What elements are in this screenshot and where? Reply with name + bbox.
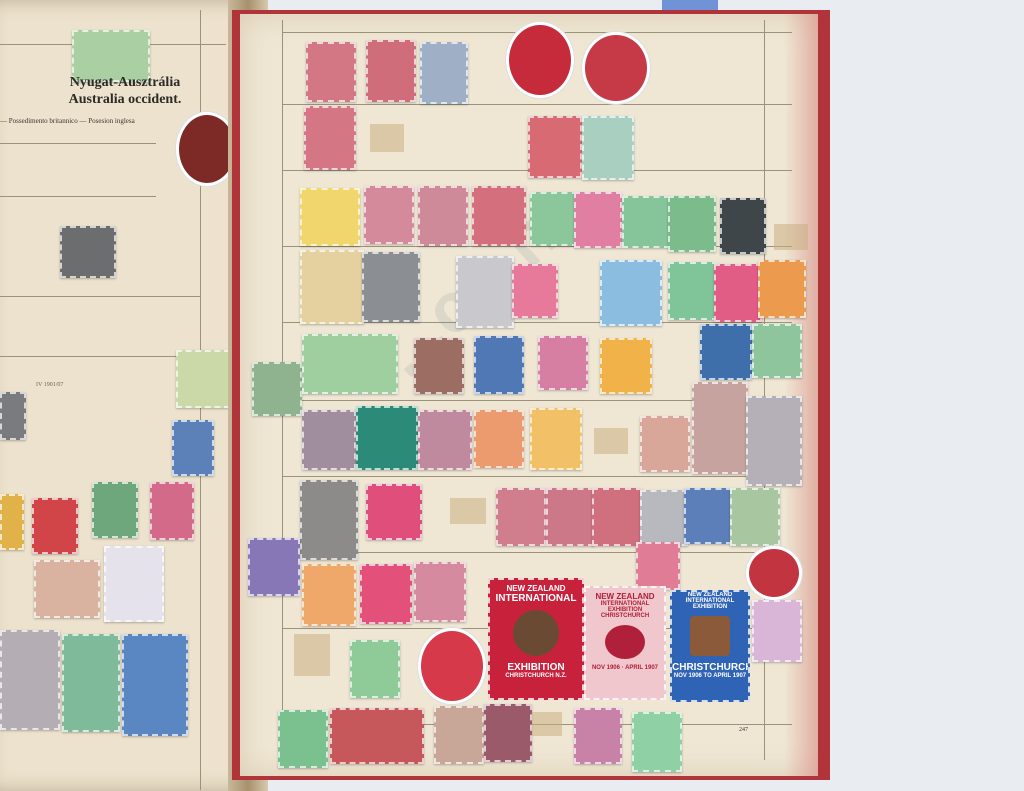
stamp-line3: CHRISTCHURCH (672, 662, 748, 673)
stamp-three-pence-grey (362, 252, 420, 322)
portrait (513, 610, 559, 656)
stamp-line4: CHRISTCHURCH N.Z. (490, 673, 582, 679)
title-line-2: Australia occident. (30, 91, 220, 108)
hinge (450, 498, 486, 524)
stamp-maroon (484, 704, 532, 762)
stamp-red-5 (496, 488, 546, 546)
stamp-brown-five-pence (414, 338, 464, 394)
stamp-line1: NEW ZEALAND (490, 584, 582, 593)
stamp-red-postmarked (472, 186, 526, 246)
stamp-envelope-cut-3 (746, 546, 802, 600)
stamp-one-penny-blue (122, 634, 188, 736)
stamp-red (32, 498, 78, 554)
stamp-kangaroo-red (366, 40, 416, 102)
stamp-mountain-green (252, 362, 302, 416)
grid-line (282, 104, 792, 105)
stamp-pink-bottom (574, 708, 622, 764)
stamp-grey (0, 392, 26, 440)
stamp-official-red (592, 488, 642, 546)
section-label: IV 1901/07 (36, 382, 63, 388)
stamp-swan-one-penny (300, 188, 360, 246)
stamp-victoria-mauve (302, 410, 356, 470)
page-title: Nyugat-Ausztrália Australia occident. (30, 74, 220, 108)
stamp-blue-3 (700, 324, 752, 380)
stamp-one-penny-mauve (746, 396, 802, 486)
stamp-manuscript-cancel (300, 250, 364, 324)
stamp-pink (150, 482, 194, 540)
stamp-line2: INTERNATIONAL EXHIBITION (672, 598, 748, 610)
page-number: 247 (739, 727, 748, 733)
stamp-one-penny-grey (0, 630, 60, 730)
grid-line (0, 196, 156, 197)
hinge (532, 712, 562, 736)
stamp-blue-2 (474, 336, 524, 394)
grid-line (282, 476, 792, 477)
stamp-blue-portrait (600, 260, 662, 326)
stamp-kgv-carmine (714, 264, 762, 322)
stamp-pale-brown (640, 416, 690, 472)
stamp-envelope-cut-three-halfpence (506, 22, 574, 98)
stamp-official-brown (434, 706, 484, 764)
stamp-blue-4 (684, 488, 732, 544)
stamp-carmine-2 (360, 564, 412, 624)
stamp-green-red-value (668, 196, 716, 252)
kiwi-bird (605, 625, 645, 659)
hinge (294, 634, 330, 676)
stamp-two-penny-green (62, 634, 120, 732)
stamp-pink-4 (538, 336, 588, 390)
stamp-kangaroo-blue (420, 42, 468, 104)
stamp-kangaroo-green (582, 116, 634, 180)
stamp-exhibition-2d: NEW ZEALAND INTERNATIONAL EXHIBITION CHR… (670, 590, 750, 702)
stamp-lilac (752, 600, 802, 662)
stamp-envelope-cut-one-penny (418, 628, 486, 704)
stamp-envelope-cut-red-2 (582, 32, 650, 104)
stamp-official-orange (302, 564, 356, 626)
stamp-green-4 (752, 324, 802, 378)
hinge (774, 224, 808, 250)
stamp-line1: NEW ZEALAND (586, 592, 664, 601)
stamp-pink-postmarked (364, 186, 414, 244)
stamp-samoa-pink (574, 192, 622, 248)
hinge (370, 124, 404, 152)
stamp-newspaper-one-penny (104, 546, 164, 622)
title-line-1: Nyugat-Ausztrália (30, 74, 220, 91)
grid-line (0, 356, 200, 357)
stamp-red-6 (546, 488, 594, 546)
stamp-dates: NOV 1906 TO APRIL 1907 (672, 673, 748, 679)
stamp-five-cent-green (302, 334, 398, 394)
stamp-green-postmarked (668, 262, 718, 320)
stamp-railway-halfpenny (456, 256, 514, 328)
stamp-blue (172, 420, 214, 476)
stamp-kangaroo-red-2 (304, 106, 356, 170)
stamp-mauve-postmarked (418, 410, 472, 470)
stamp-line2: INTERNATIONAL (490, 593, 582, 604)
stamp-pink-3 (512, 264, 558, 318)
stamp-green-portrait (176, 350, 230, 408)
portrait (690, 616, 730, 656)
stamp-yellow-orange (600, 338, 652, 394)
stamp-five-pence-grey (300, 480, 358, 560)
stamp-kgv-red (528, 116, 582, 178)
stamp-orange (474, 410, 524, 468)
grid-line (0, 143, 156, 144)
stamp-pink-2 (418, 186, 468, 246)
stamp-dates: NOV 1906 · APRIL 1907 (586, 665, 664, 671)
stamp-kgv-black (720, 198, 766, 254)
stamp-pink-6 (636, 542, 680, 590)
stamp-green-3 (622, 196, 670, 248)
stamp-victoria-teal (356, 406, 418, 470)
stamp-line2: INTERNATIONAL EXHIBITION CHRISTCHURCH (586, 601, 664, 619)
grid-line (0, 296, 200, 297)
stamp-yellow (0, 494, 24, 550)
stamp-samoa-green (530, 192, 578, 246)
stamp-red-landscape (330, 708, 424, 764)
stamp-green-red (92, 482, 138, 538)
stamp-green-one-penny (350, 640, 400, 698)
stamp-exhibition-4d: NEW ZEALAND INTERNATIONAL EXHIBITION CHR… (488, 578, 584, 700)
stamp-grey-postmarked (640, 490, 688, 546)
stamp-official-green (730, 488, 780, 546)
hinge (594, 428, 628, 454)
stamp-black-swan (60, 226, 116, 278)
stamp-exhibition-kiwi: NEW ZEALAND INTERNATIONAL EXHIBITION CHR… (584, 586, 666, 700)
stamp-war-stamp (632, 712, 682, 772)
stamp-carmine (366, 484, 422, 540)
stamp-line3: EXHIBITION (490, 662, 582, 673)
stamp-kangaroo-pink (306, 42, 356, 102)
stamp-purple (248, 538, 300, 596)
left-album-page: Nyugat-Ausztrália Australia occident. — … (0, 0, 262, 791)
stamp-sixpence-brown (692, 382, 748, 474)
stamp-brown-postmarked (34, 560, 100, 618)
stamp-green-bottom (278, 710, 328, 768)
grid-line (282, 552, 792, 553)
stamp-yellow-postmarked (530, 408, 582, 470)
stamp-pink-5 (414, 562, 466, 622)
stamp-kgv-orange (758, 260, 806, 318)
